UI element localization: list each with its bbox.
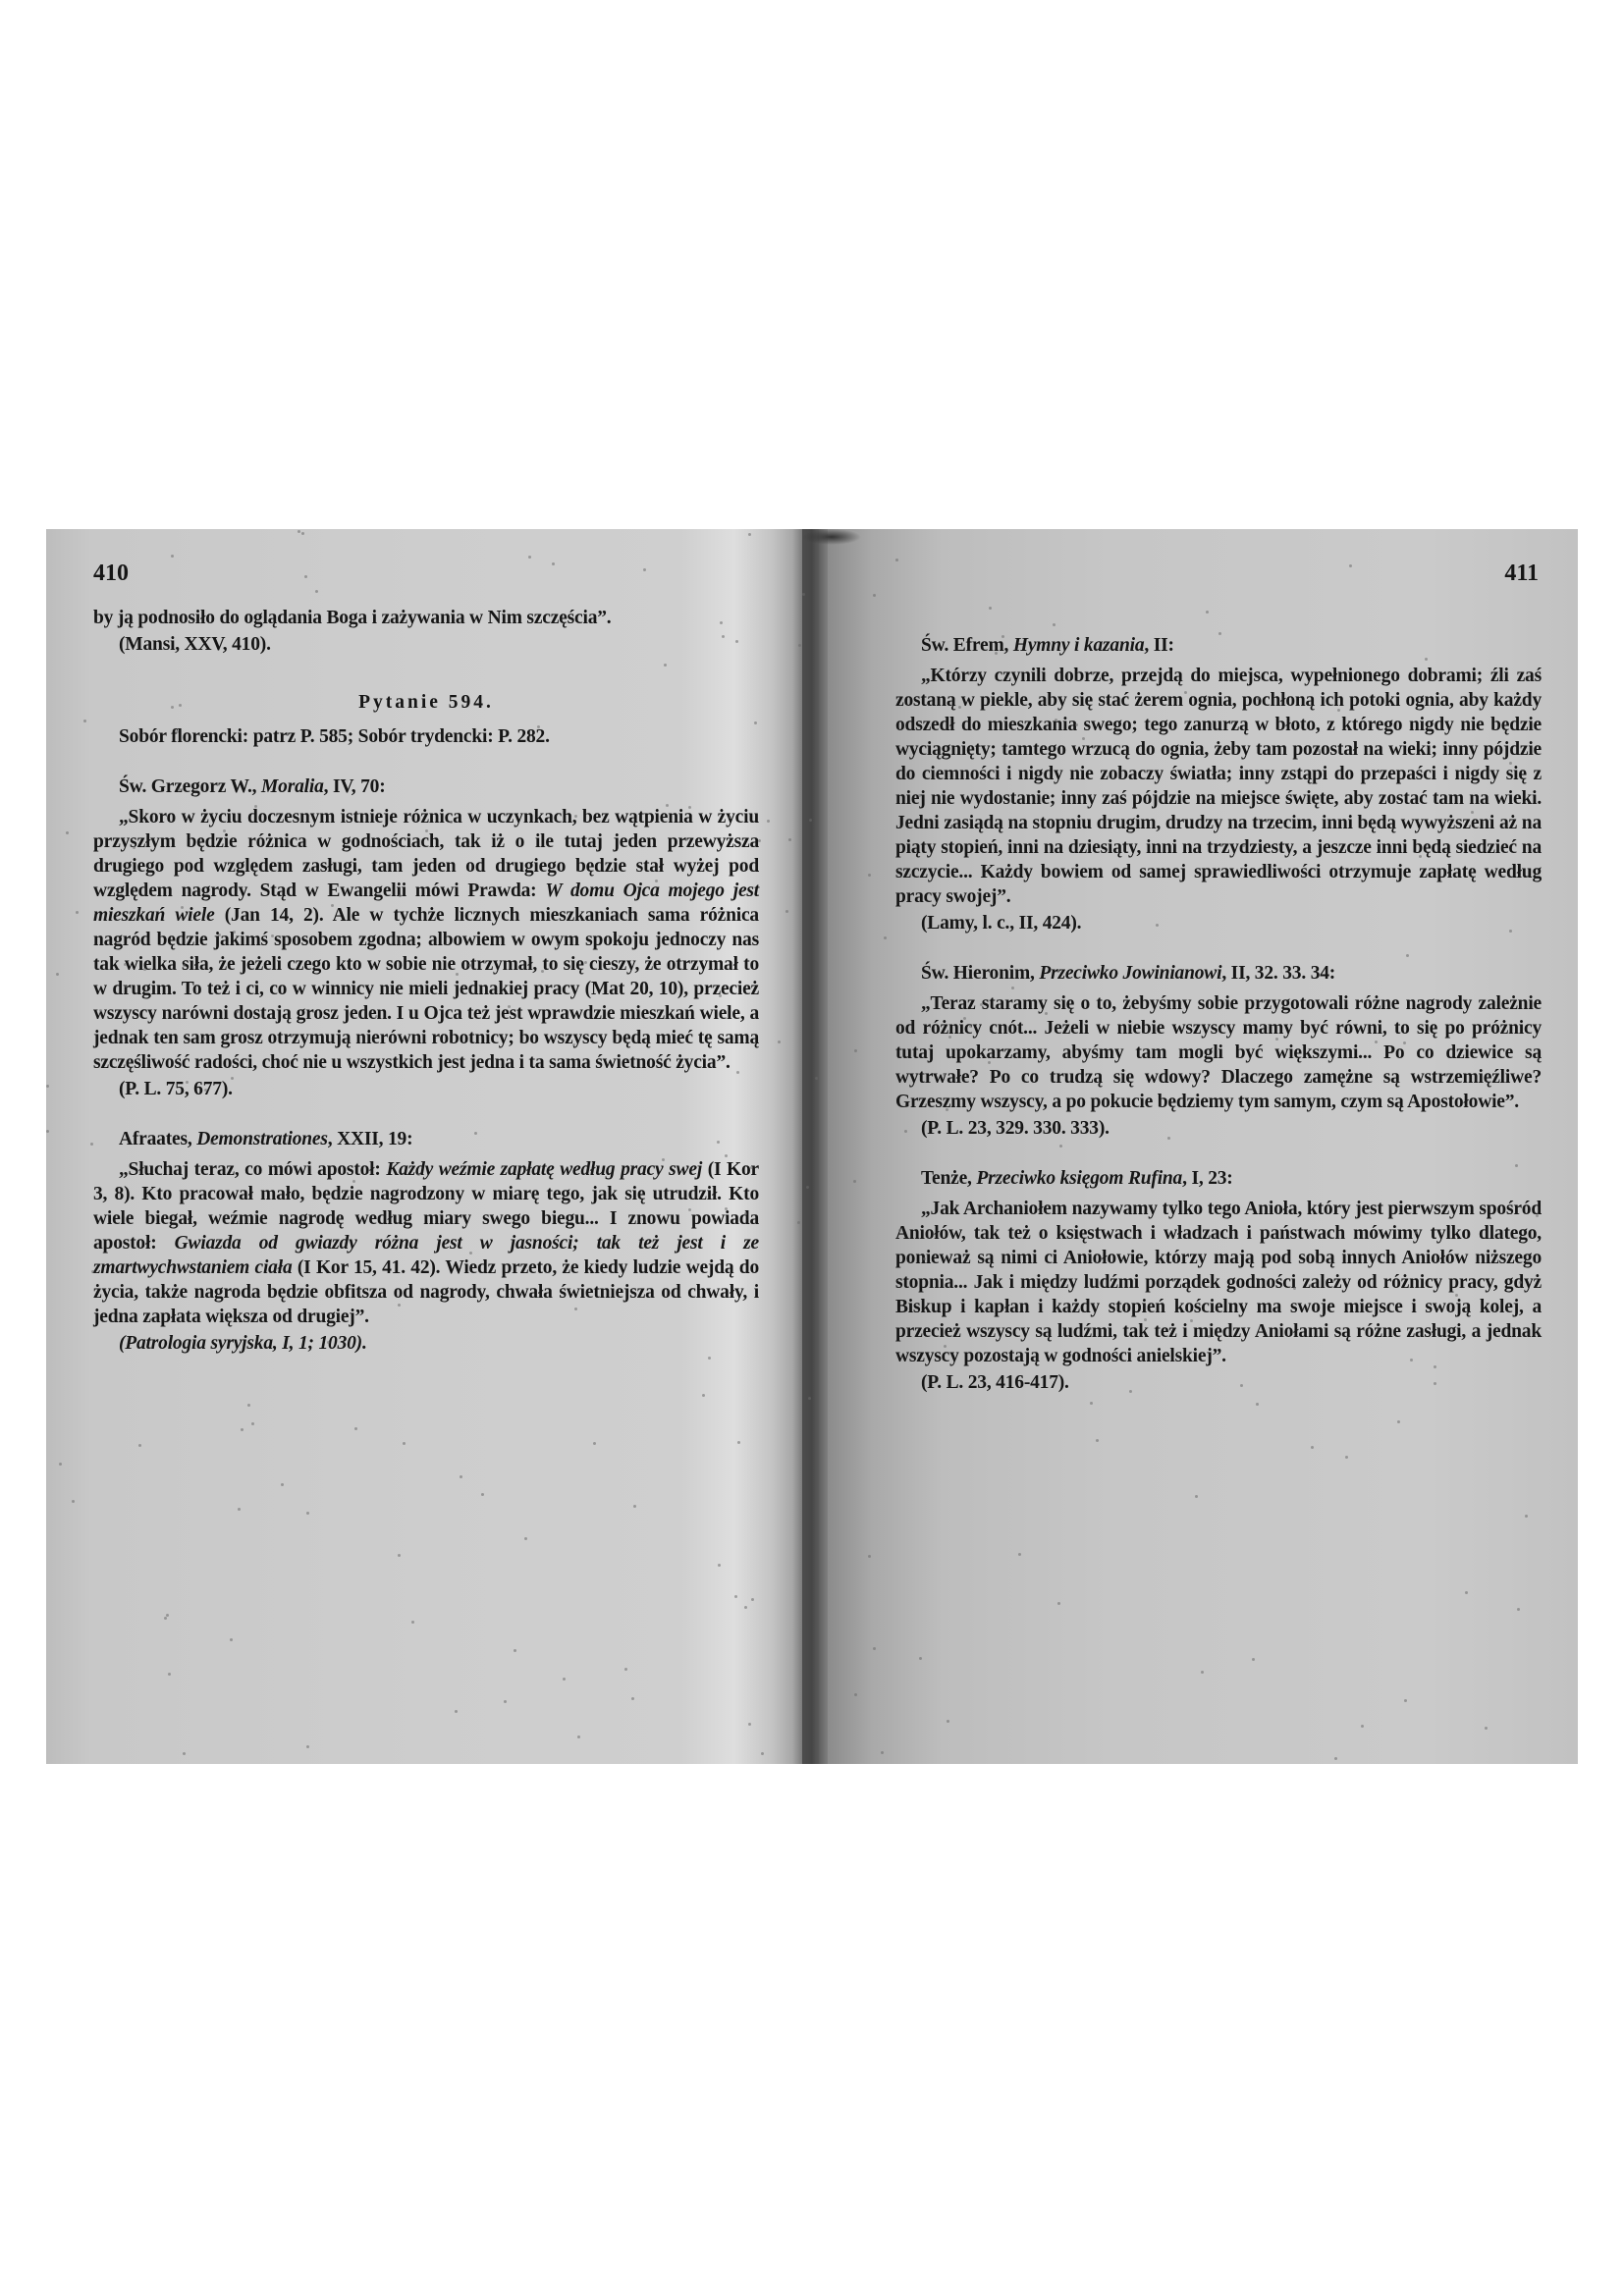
paper-speck xyxy=(1406,954,1409,957)
paper-speck xyxy=(231,1077,234,1080)
paper-speck xyxy=(853,1180,856,1183)
citation-author: Św. Hieronim, xyxy=(921,963,1039,984)
paper-speck xyxy=(584,961,587,964)
paper-speck xyxy=(631,1697,634,1700)
paper-speck xyxy=(1053,623,1056,626)
paper-speck xyxy=(1075,876,1078,879)
paper-speck xyxy=(1485,1727,1488,1730)
citation-author: Św. Efrem, xyxy=(921,635,1013,656)
citation-quote: „Którzy czynili dobrze, przejdą do miejs… xyxy=(895,664,1542,909)
citation-author: Afraates, xyxy=(119,1129,196,1149)
paper-speck xyxy=(1184,691,1187,694)
paper-speck xyxy=(168,1673,171,1676)
paper-speck xyxy=(688,806,691,809)
paper-speck xyxy=(1242,844,1245,847)
paper-speck xyxy=(1055,719,1057,721)
paper-speck xyxy=(1434,1365,1436,1368)
paper-speck xyxy=(557,943,560,946)
left-entries: Św. Grzegorz W., Moralia, IV, 70:„Skoro … xyxy=(93,774,759,1356)
paper-speck xyxy=(898,1229,901,1232)
paper-speck xyxy=(1509,762,1512,765)
paper-speck xyxy=(1415,1231,1418,1234)
paper-speck xyxy=(72,1500,75,1503)
paper-speck xyxy=(735,640,738,643)
paper-speck xyxy=(327,1341,330,1344)
paper-speck xyxy=(989,607,992,610)
paper-speck xyxy=(411,1621,414,1624)
paper-speck xyxy=(1167,1137,1170,1140)
right-page: 411 Św. Efrem, Hymny i kazania, II:„Któr… xyxy=(802,529,1578,1764)
paper-speck xyxy=(204,1089,207,1092)
paper-speck xyxy=(643,568,646,571)
paper-speck xyxy=(468,964,471,967)
paper-speck xyxy=(1361,1725,1364,1728)
paper-speck xyxy=(1455,1294,1458,1297)
paper-speck xyxy=(352,1180,355,1183)
paper-speck xyxy=(450,821,453,824)
paper-speck xyxy=(904,1130,907,1133)
paper-speck xyxy=(1345,1456,1348,1459)
paper-speck xyxy=(718,1564,721,1567)
paper-speck xyxy=(456,973,459,976)
paper-speck xyxy=(455,1710,458,1713)
paper-speck xyxy=(179,704,182,707)
paper-speck xyxy=(884,936,887,939)
citation-work-title: Hymny i kazania xyxy=(1013,635,1145,656)
paper-speck xyxy=(988,1061,991,1064)
paper-speck xyxy=(1275,1038,1278,1041)
citation-locus: , I, 23: xyxy=(1182,1168,1232,1189)
paper-speck xyxy=(655,880,658,882)
paper-speck xyxy=(666,804,669,807)
paper-speck xyxy=(331,904,334,907)
paper-speck xyxy=(171,555,174,558)
citation-quote: „Słuchaj teraz, co mówi apostoł: Każdy w… xyxy=(93,1157,759,1329)
paper-speck xyxy=(873,594,876,597)
citation-locus: , II, 32. 33. 34: xyxy=(1221,963,1335,984)
paper-speck xyxy=(809,819,812,822)
paper-speck xyxy=(980,1003,983,1006)
paper-speck xyxy=(624,1668,627,1671)
paper-speck xyxy=(298,530,300,533)
citation-quote: „Skoro w życiu doczesnym istnieje różnic… xyxy=(93,805,759,1075)
citation-heading: Św. Grzegorz W., Moralia, IV, 70: xyxy=(93,774,759,799)
paper-speck xyxy=(1334,1757,1337,1760)
left-page: 410 by ją podnosiło do oglądania Boga i … xyxy=(46,529,802,1764)
paper-speck xyxy=(1057,1602,1060,1605)
paper-speck xyxy=(176,730,179,733)
paper-speck xyxy=(1404,1699,1407,1702)
paper-speck xyxy=(508,1005,511,1008)
paper-speck xyxy=(1240,1384,1243,1387)
citation-locus: , IV, 70: xyxy=(324,776,386,797)
paper-speck xyxy=(528,556,531,559)
question-title: Pytanie 594. xyxy=(93,690,759,715)
paper-speck xyxy=(399,894,402,897)
paper-speck xyxy=(183,1752,186,1755)
paper-speck xyxy=(725,1154,728,1157)
paper-speck xyxy=(720,621,723,624)
paper-speck xyxy=(1256,1403,1259,1406)
paper-speck xyxy=(572,1043,575,1046)
paper-speck xyxy=(1425,658,1428,661)
paper-speck xyxy=(133,846,135,849)
paper-speck xyxy=(717,1141,720,1144)
book-spine-line xyxy=(816,529,819,1764)
paper-speck xyxy=(1082,737,1085,740)
paper-speck xyxy=(708,1357,711,1360)
question-crossref: Sobór florencki: patrz P. 585; Sobór try… xyxy=(93,724,759,749)
paper-speck xyxy=(1293,1287,1296,1290)
paper-speck xyxy=(1208,1335,1211,1338)
paper-speck xyxy=(46,1130,49,1133)
paper-speck xyxy=(722,635,725,638)
paper-speck xyxy=(354,1427,357,1430)
paper-speck xyxy=(1509,930,1512,933)
paper-speck xyxy=(247,1404,250,1407)
paper-speck xyxy=(171,706,174,709)
paper-speck xyxy=(1206,611,1209,614)
paper-speck xyxy=(1201,1671,1204,1674)
paper-speck xyxy=(181,906,184,909)
paper-speck xyxy=(754,721,757,724)
paper-speck xyxy=(514,1649,516,1652)
paper-speck xyxy=(1403,1041,1406,1044)
continuation-reference: (Mansi, XXV, 410). xyxy=(93,632,759,657)
paper-speck xyxy=(474,1132,477,1135)
paper-speck xyxy=(748,1723,751,1726)
paper-speck xyxy=(798,644,801,647)
paper-speck xyxy=(1525,1515,1528,1518)
paper-speck xyxy=(1001,635,1004,638)
paper-speck xyxy=(750,1166,753,1169)
quote-italic-segment: Każdy weźmie zapłatę według pracy swej xyxy=(386,1159,702,1180)
paper-speck xyxy=(143,968,146,971)
paper-speck xyxy=(281,1483,284,1486)
paper-speck xyxy=(737,1441,740,1444)
paper-speck xyxy=(854,1049,857,1052)
paper-speck xyxy=(124,963,127,966)
quote-segment: „Teraz staramy się o to, żebyśmy sobie p… xyxy=(895,993,1542,1112)
paper-speck xyxy=(304,575,307,578)
citation-locus: , XXII, 19: xyxy=(328,1129,413,1149)
paper-speck xyxy=(895,559,898,561)
paper-speck xyxy=(919,1657,922,1660)
paper-speck xyxy=(815,1077,818,1080)
paper-speck xyxy=(178,788,181,791)
paper-speck xyxy=(923,1257,926,1260)
paper-speck xyxy=(236,1010,239,1013)
paper-speck xyxy=(537,725,540,728)
paper-speck xyxy=(469,1252,472,1255)
citation-author: Tenże, xyxy=(921,1168,976,1189)
paper-speck xyxy=(83,720,86,722)
paper-speck xyxy=(230,1638,233,1641)
paper-speck xyxy=(918,794,921,797)
paper-speck xyxy=(306,1512,309,1515)
paper-speck xyxy=(119,1038,122,1041)
paper-speck xyxy=(1465,1591,1468,1594)
paper-speck xyxy=(1337,709,1340,712)
right-page-body: Św. Efrem, Hymny i kazania, II:„Którzy c… xyxy=(895,608,1542,1395)
citation-reference: (Lamy, l. c., II, 424). xyxy=(895,911,1542,935)
paper-speck xyxy=(425,829,428,832)
paper-speck xyxy=(315,590,318,593)
paper-speck xyxy=(688,1208,691,1211)
paper-speck xyxy=(460,1475,462,1478)
paper-speck xyxy=(758,839,761,842)
page-number-left: 410 xyxy=(93,561,129,587)
paper-speck xyxy=(785,910,788,913)
citation-heading: Tenże, Przeciwko księgom Rufina, I, 23: xyxy=(895,1166,1542,1191)
scan-blemish xyxy=(802,529,861,545)
citation-work-title: Demonstrationes xyxy=(196,1129,328,1149)
paper-speck xyxy=(233,931,236,934)
paper-speck xyxy=(504,1700,507,1703)
paper-speck xyxy=(59,1463,62,1466)
citation-quote: „Jak Archaniołem nazywamy tylko tego Ani… xyxy=(895,1197,1542,1368)
paper-speck xyxy=(398,1554,401,1557)
citation-locus: , II: xyxy=(1144,635,1173,656)
paper-speck xyxy=(541,970,544,973)
paper-speck xyxy=(1195,1495,1198,1498)
paper-speck xyxy=(301,532,304,535)
paper-speck xyxy=(778,1041,781,1043)
paper-speck xyxy=(210,1142,213,1145)
paper-speck xyxy=(125,985,128,988)
paper-speck xyxy=(881,1751,884,1754)
paper-speck xyxy=(1144,1318,1147,1321)
paper-speck xyxy=(417,1173,420,1176)
paper-speck xyxy=(751,1598,754,1601)
paper-speck xyxy=(736,1071,739,1074)
paper-speck xyxy=(744,1212,747,1215)
citation-quote: „Teraz staramy się o to, żebyśmy sobie p… xyxy=(895,991,1542,1114)
paper-speck xyxy=(868,874,871,877)
paper-speck xyxy=(995,652,998,655)
paper-speck xyxy=(725,1207,728,1210)
paper-speck xyxy=(271,934,274,937)
citation-reference: (P. L. 23, 329. 330. 333). xyxy=(895,1116,1542,1141)
paper-speck xyxy=(56,973,59,976)
paper-speck xyxy=(91,1270,94,1273)
paper-speck xyxy=(1471,811,1474,814)
paper-speck xyxy=(1536,1214,1539,1217)
right-entries: Św. Efrem, Hymny i kazania, II:„Którzy c… xyxy=(895,633,1542,1395)
paper-speck xyxy=(1090,1402,1093,1405)
paper-speck xyxy=(748,533,751,536)
paper-speck xyxy=(947,1720,949,1723)
paper-speck xyxy=(218,934,221,936)
citation-work-title: Moralia xyxy=(261,776,324,797)
paper-speck xyxy=(1410,1359,1413,1362)
paper-speck xyxy=(806,1186,809,1189)
paper-speck xyxy=(46,1085,49,1088)
paper-speck xyxy=(1397,1420,1400,1423)
quote-segment: „Którzy czynili dobrze, przejdą do miejs… xyxy=(895,666,1542,907)
paper-speck xyxy=(403,1442,406,1445)
paper-speck xyxy=(958,706,961,709)
continuation-text: by ją podnosiło do oglądania Boga i zaży… xyxy=(93,606,759,630)
paper-speck xyxy=(797,1221,800,1224)
paper-speck xyxy=(593,1442,596,1445)
paper-speck xyxy=(802,593,805,596)
paper-speck xyxy=(552,562,555,565)
paper-speck xyxy=(1515,1164,1518,1167)
paper-speck xyxy=(1434,1382,1436,1385)
paper-speck xyxy=(1318,749,1321,752)
paper-speck xyxy=(202,1038,205,1041)
paper-speck xyxy=(946,1108,948,1111)
paper-speck xyxy=(944,1345,947,1348)
paper-speck xyxy=(868,1555,871,1558)
paper-speck xyxy=(186,1081,189,1084)
page-number-right: 411 xyxy=(1504,561,1539,587)
paper-speck xyxy=(719,994,722,997)
paper-speck xyxy=(943,1073,946,1076)
paper-speck xyxy=(1129,1390,1132,1393)
paper-speck xyxy=(306,1745,309,1748)
paper-speck xyxy=(173,614,176,616)
citation-work-title: Przeciwko Jowinianowi xyxy=(1039,963,1221,984)
paper-speck xyxy=(633,1505,636,1508)
paper-speck xyxy=(375,1015,378,1018)
paper-speck xyxy=(1349,564,1352,567)
paper-speck xyxy=(223,829,226,832)
paper-speck xyxy=(1075,723,1078,726)
paper-speck xyxy=(524,1537,527,1540)
paper-speck xyxy=(251,1422,254,1425)
paper-speck xyxy=(183,964,186,967)
citation-heading: Św. Hieronim, Przeciwko Jowinianowi, II,… xyxy=(895,961,1542,986)
paper-speck xyxy=(76,911,79,914)
paper-speck xyxy=(138,1444,141,1447)
citation-heading: Afraates, Demonstrationes, XXII, 19: xyxy=(93,1127,759,1151)
paper-speck xyxy=(664,664,667,667)
citation-work-title: Przeciwko księgom Rufina xyxy=(976,1168,1182,1189)
paper-speck xyxy=(1419,855,1422,858)
paper-speck xyxy=(1018,1553,1021,1556)
paper-speck xyxy=(963,1017,966,1020)
paper-speck xyxy=(788,838,791,841)
paper-speck xyxy=(90,1143,93,1146)
paper-speck xyxy=(577,1735,580,1738)
paper-speck xyxy=(1218,632,1221,635)
paper-speck xyxy=(948,1036,951,1039)
citation-reference: (P. L. 75, 677). xyxy=(93,1077,759,1101)
paper-speck xyxy=(1375,1041,1378,1043)
paper-speck xyxy=(398,1304,401,1307)
paper-speck xyxy=(1517,1608,1520,1611)
paper-speck xyxy=(66,831,69,834)
paper-speck xyxy=(254,805,257,808)
paper-speck xyxy=(1096,1439,1099,1442)
paper-speck xyxy=(1519,1281,1522,1284)
paper-speck xyxy=(1190,1319,1193,1322)
quote-segment: „Słuchaj teraz, co mówi apostoł: xyxy=(119,1159,386,1180)
paper-speck xyxy=(767,820,770,823)
paper-speck xyxy=(808,1397,811,1400)
book-gutter-shadow xyxy=(792,529,828,1764)
paper-speck xyxy=(702,1394,705,1397)
paper-speck xyxy=(734,1595,737,1598)
paper-speck xyxy=(662,1158,665,1161)
paper-speck xyxy=(969,1025,972,1028)
paper-speck xyxy=(238,1508,241,1511)
citation-author: Św. Grzegorz W., xyxy=(119,776,261,797)
paper-speck xyxy=(99,1009,102,1012)
paper-speck xyxy=(1089,1327,1092,1330)
citation-reference: (Patrologia syryjska, I, 1; 1030). xyxy=(93,1331,759,1356)
paper-speck xyxy=(1011,987,1014,989)
left-page-body: by ją podnosiło do oglądania Boga i zaży… xyxy=(93,606,759,1356)
paper-speck xyxy=(744,1606,747,1609)
citation-heading: Św. Efrem, Hymny i kazania, II: xyxy=(895,633,1542,658)
citation-reference: (P. L. 23, 416-417). xyxy=(895,1370,1542,1395)
paper-speck xyxy=(1257,697,1260,700)
paper-speck xyxy=(1059,1145,1062,1148)
paper-speck xyxy=(854,1693,857,1696)
paper-speck xyxy=(1156,924,1159,927)
paper-speck xyxy=(164,1617,167,1620)
paper-speck xyxy=(563,1678,566,1681)
paper-speck xyxy=(873,1647,876,1650)
paper-speck xyxy=(241,1428,244,1431)
quote-segment: (Jan 14, 2). Ale w tychże licznych miesz… xyxy=(93,905,759,1073)
paper-speck xyxy=(574,1308,577,1310)
quote-segment: „Jak Archaniołem nazywamy tylko tego Ani… xyxy=(895,1199,1542,1366)
paper-speck xyxy=(1252,1658,1255,1661)
book-spread-scan: 410 by ją podnosiło do oglądania Boga i … xyxy=(46,529,1578,1764)
paper-speck xyxy=(761,1752,764,1755)
paper-speck xyxy=(1045,1012,1048,1015)
paper-speck xyxy=(574,815,577,818)
paper-speck xyxy=(1311,1446,1314,1449)
paper-speck xyxy=(481,1493,484,1496)
paper-speck xyxy=(729,816,731,819)
